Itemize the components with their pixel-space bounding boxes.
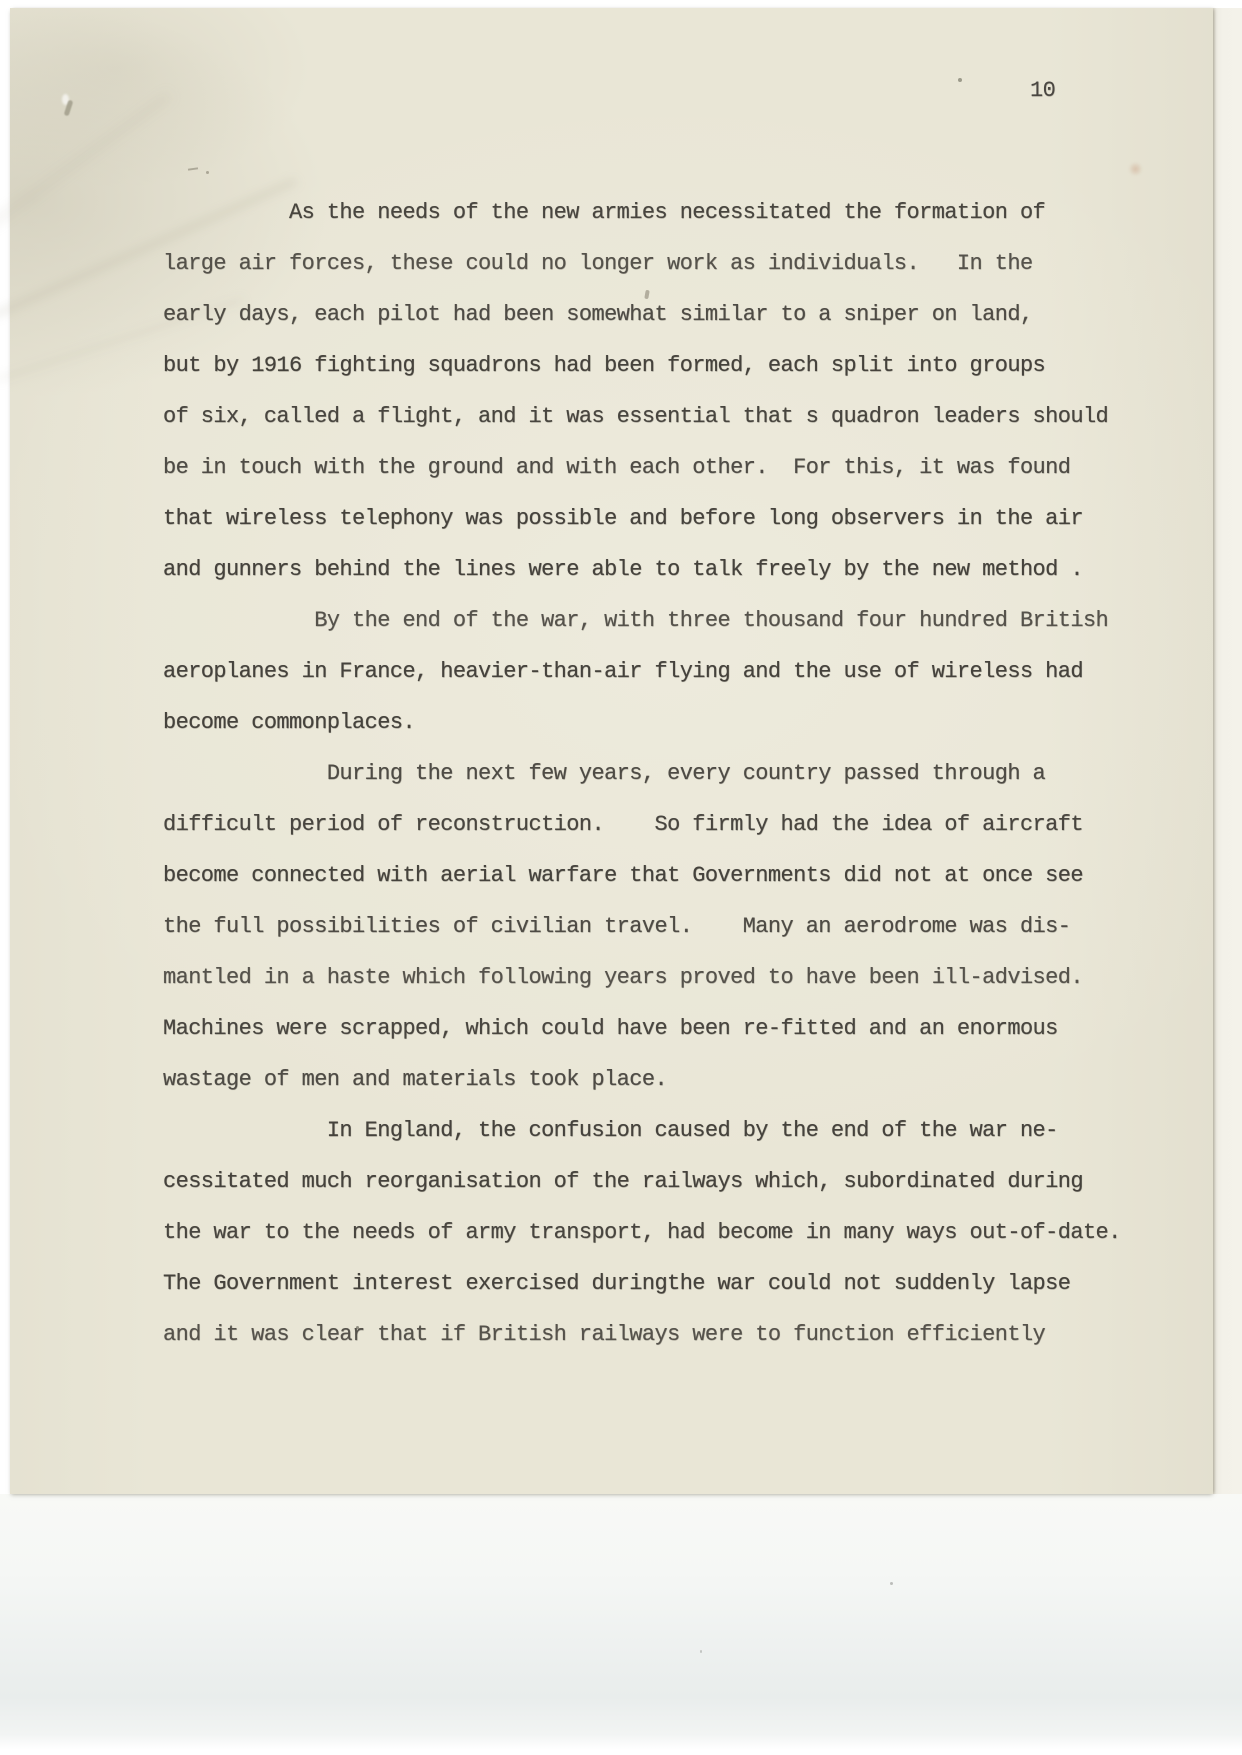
text-line: become connected with aerial warfare tha… (163, 850, 1193, 901)
page-number: 10 (1030, 80, 1055, 102)
text-line: the full possibilities of civilian trave… (163, 901, 1193, 952)
text-line: and it was clear that if British railway… (163, 1309, 1193, 1360)
ink-speck (958, 78, 962, 82)
scanner-backing-bottom (0, 1494, 1242, 1755)
paper-stain (1128, 162, 1143, 176)
ink-smudge (64, 100, 74, 117)
text-line: large air forces, these could no longer … (163, 238, 1193, 289)
ink-speck (206, 171, 209, 174)
text-line: Machines were scrapped, which could have… (163, 1003, 1193, 1054)
text-line: cessitated much reorganisation of the ra… (163, 1156, 1193, 1207)
text-line: mantled in a haste which following years… (163, 952, 1193, 1003)
paper-sheet: 10 As the needs of the new armies necess… (10, 8, 1213, 1494)
text-line: aeroplanes in France, heavier-than-air f… (163, 646, 1193, 697)
pencil-mark (188, 167, 198, 170)
text-line: The Government interest exercised during… (163, 1258, 1193, 1309)
text-line: difficult period of reconstruction. So f… (163, 799, 1193, 850)
text-line: early days, each pilot had been somewhat… (163, 289, 1193, 340)
paper-crease (0, 94, 170, 227)
paper-nick (62, 94, 69, 105)
text-line: In England, the confusion caused by the … (163, 1105, 1193, 1156)
text-line: As the needs of the new armies necessita… (163, 187, 1193, 238)
text-line: and gunners behind the lines were able t… (163, 544, 1193, 595)
typewritten-text: As the needs of the new armies necessita… (163, 187, 1193, 1360)
text-line: but by 1916 fighting squadrons had been … (163, 340, 1193, 391)
text-line: By the end of the war, with three thousa… (163, 595, 1193, 646)
text-line: that wireless telephony was possible and… (163, 493, 1193, 544)
text-line: the war to the needs of army transport, … (163, 1207, 1193, 1258)
text-line: of six, called a flight, and it was esse… (163, 391, 1193, 442)
text-line: become commonplaces. (163, 697, 1193, 748)
text-line: wastage of men and materials took place. (163, 1054, 1193, 1105)
scanner-backing-right (1213, 8, 1242, 1494)
text-line: During the next few years, every country… (163, 748, 1193, 799)
text-line: be in touch with the ground and with eac… (163, 442, 1193, 493)
